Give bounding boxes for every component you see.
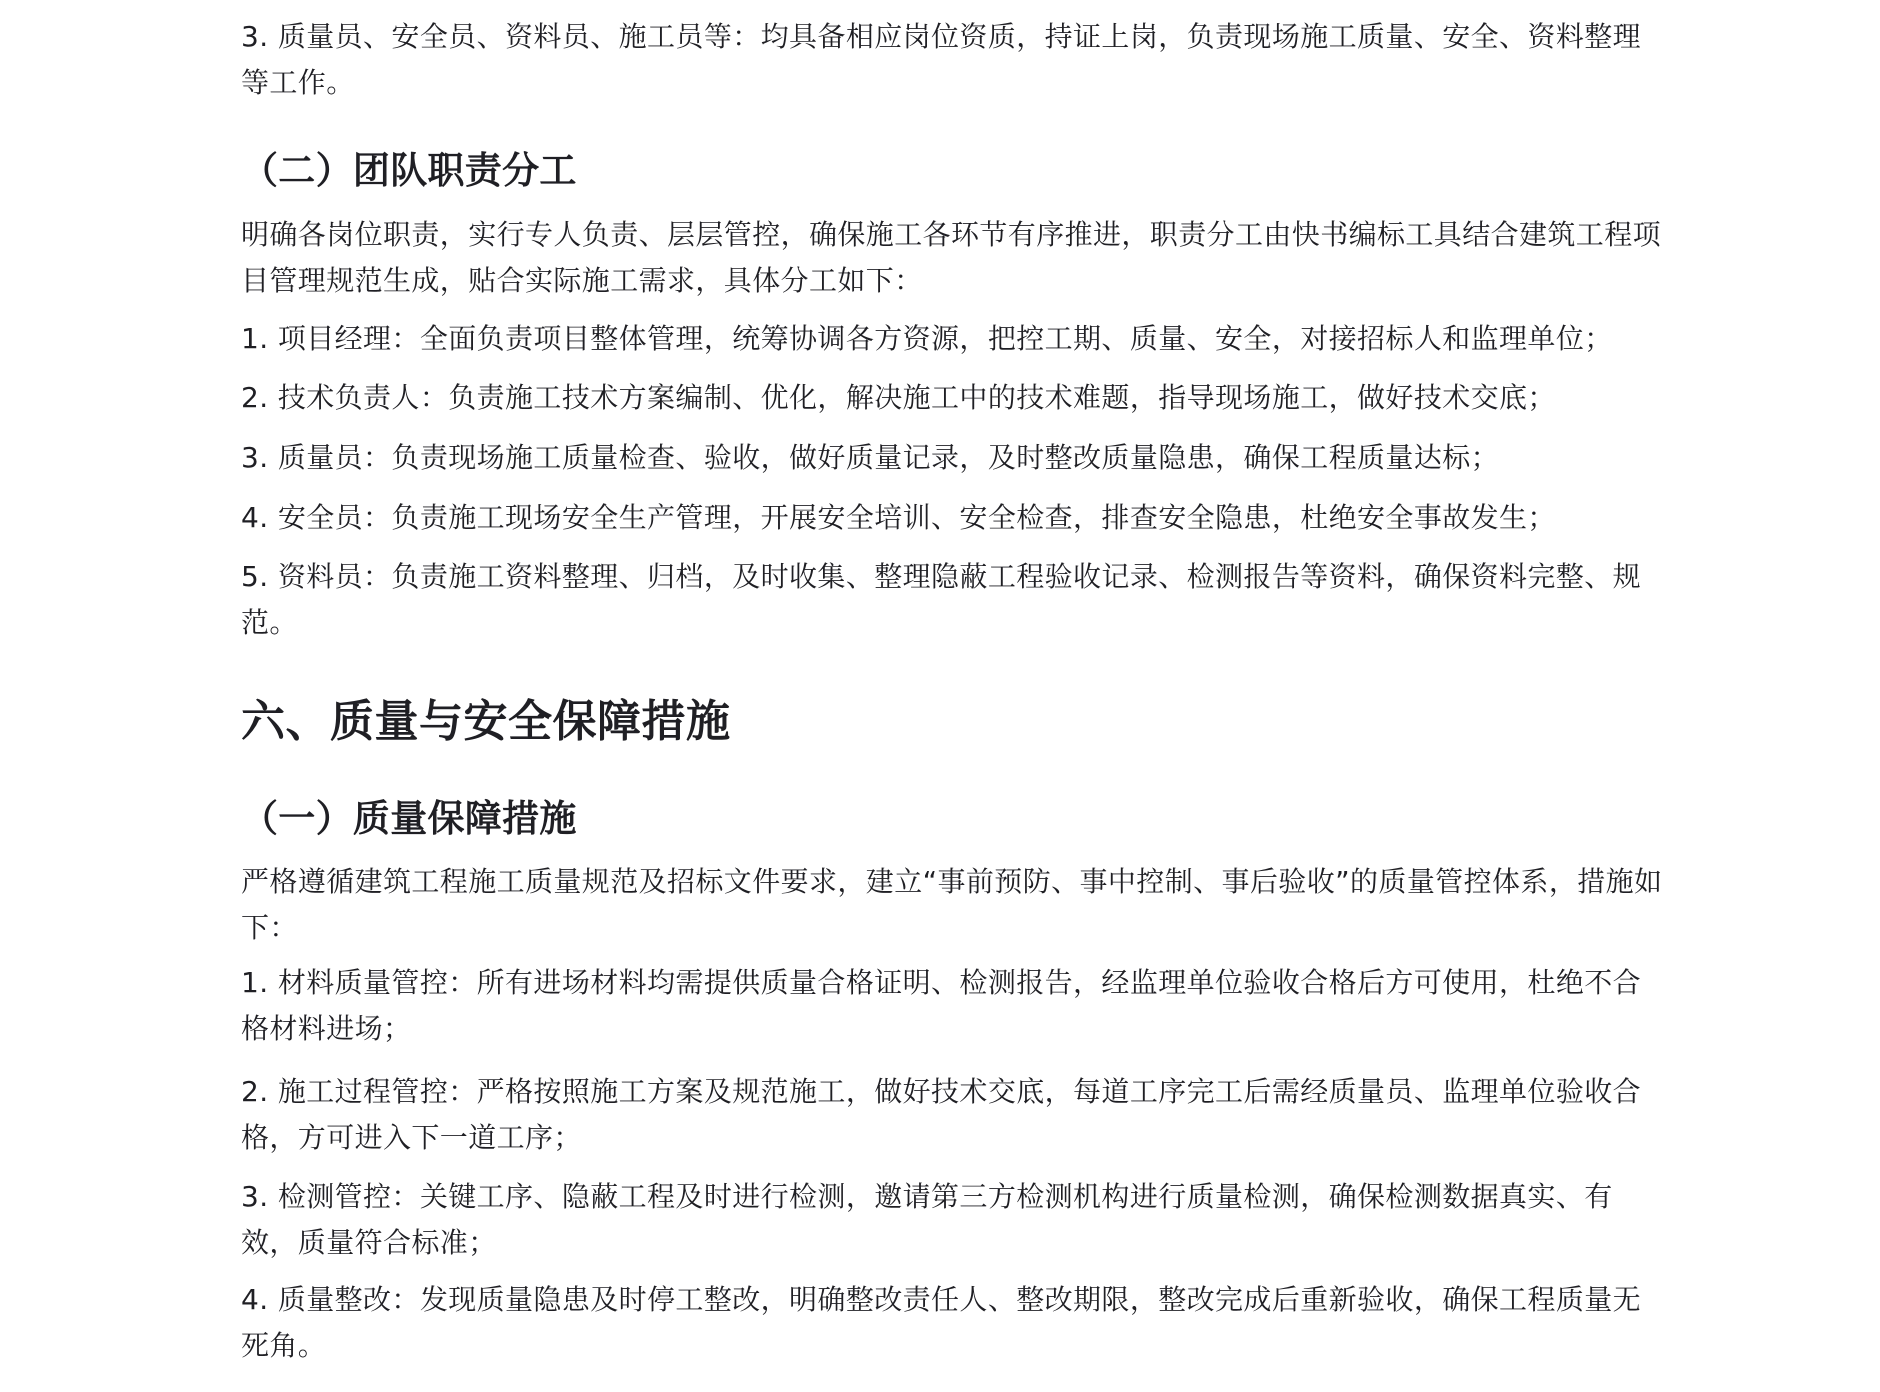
text-line: 1. 项目经理：全面负责项目整体管理，统筹协调各方资源，把控工期、质量、安全，对… [241,316,1681,362]
paragraph-duties-intro: 明确各岗位职责，实行专人负责、层层管控，确保施工各环节有序推进，职责分工由快书编… [241,212,1681,304]
text-line: 等工作。 [241,60,1681,106]
text-line: 4. 安全员：负责施工现场安全生产管理，开展安全培训、安全检查，排查安全隐患，杜… [241,495,1681,541]
text-line: 死角。 [241,1323,1681,1369]
text-line: 4. 质量整改：发现质量隐患及时停工整改，明确整改责任人、整改期限，整改完成后重… [241,1277,1681,1323]
section-heading-team-duties: （二）团队职责分工 [241,146,1681,196]
section-heading-quality-measures: （一）质量保障措施 [241,794,1681,844]
text-line: 5. 资料员：负责施工资料整理、归档，及时收集、整理隐蔽工程验收记录、检测报告等… [241,554,1681,600]
list-item-material-control: 1. 材料质量管控：所有进场材料均需提供质量合格证明、检测报告，经监理单位验收合… [241,960,1681,1052]
list-item-quality-rectification: 4. 质量整改：发现质量隐患及时停工整改，明确整改责任人、整改期限，整改完成后重… [241,1277,1681,1369]
list-item-inspection-control: 3. 检测管控：关键工序、隐蔽工程及时进行检测，邀请第三方检测机构进行质量检测，… [241,1174,1681,1266]
paragraph-staff-qualifications: 3. 质量员、安全员、资料员、施工员等：均具备相应岗位资质，持证上岗，负责现场施… [241,14,1681,106]
text-line: 2. 施工过程管控：严格按照施工方案及规范施工，做好技术交底，每道工序完工后需经… [241,1069,1681,1115]
list-item-process-control: 2. 施工过程管控：严格按照施工方案及规范施工，做好技术交底，每道工序完工后需经… [241,1069,1681,1161]
text-line: 明确各岗位职责，实行专人负责、层层管控，确保施工各环节有序推进，职责分工由快书编… [241,212,1681,258]
list-item-safety-officer: 4. 安全员：负责施工现场安全生产管理，开展安全培训、安全检查，排查安全隐患，杜… [241,495,1681,541]
list-item-project-manager: 1. 项目经理：全面负责项目整体管理，统筹协调各方资源，把控工期、质量、安全，对… [241,316,1681,362]
text-line: 格，方可进入下一道工序； [241,1115,1681,1161]
text-line: 范。 [241,600,1681,646]
list-item-documentation-officer: 5. 资料员：负责施工资料整理、归档，及时收集、整理隐蔽工程验收记录、检测报告等… [241,554,1681,646]
text-line: 下： [241,905,1681,951]
text-line: 2. 技术负责人：负责施工技术方案编制、优化，解决施工中的技术难题，指导现场施工… [241,375,1681,421]
paragraph-quality-intro: 严格遵循建筑工程施工质量规范及招标文件要求，建立“事前预防、事中控制、事后验收”… [241,859,1681,951]
text-line: 1. 材料质量管控：所有进场材料均需提供质量合格证明、检测报告，经监理单位验收合… [241,960,1681,1006]
text-line: 格材料进场； [241,1006,1681,1052]
text-line: 目管理规范生成，贴合实际施工需求，具体分工如下： [241,258,1681,304]
text-line: 效，质量符合标准； [241,1220,1681,1266]
text-line: 3. 质量员：负责现场施工质量检查、验收，做好质量记录，及时整改质量隐患，确保工… [241,435,1681,481]
list-item-quality-officer: 3. 质量员：负责现场施工质量检查、验收，做好质量记录，及时整改质量隐患，确保工… [241,435,1681,481]
list-item-technical-lead: 2. 技术负责人：负责施工技术方案编制、优化，解决施工中的技术难题，指导现场施工… [241,375,1681,421]
text-line: 严格遵循建筑工程施工质量规范及招标文件要求，建立“事前预防、事中控制、事后验收”… [241,859,1681,905]
text-line: 3. 检测管控：关键工序、隐蔽工程及时进行检测，邀请第三方检测机构进行质量检测，… [241,1174,1681,1220]
chapter-heading-quality-safety: 六、质量与安全保障措施 [241,694,1681,750]
text-line: 3. 质量员、安全员、资料员、施工员等：均具备相应岗位资质，持证上岗，负责现场施… [241,14,1681,60]
